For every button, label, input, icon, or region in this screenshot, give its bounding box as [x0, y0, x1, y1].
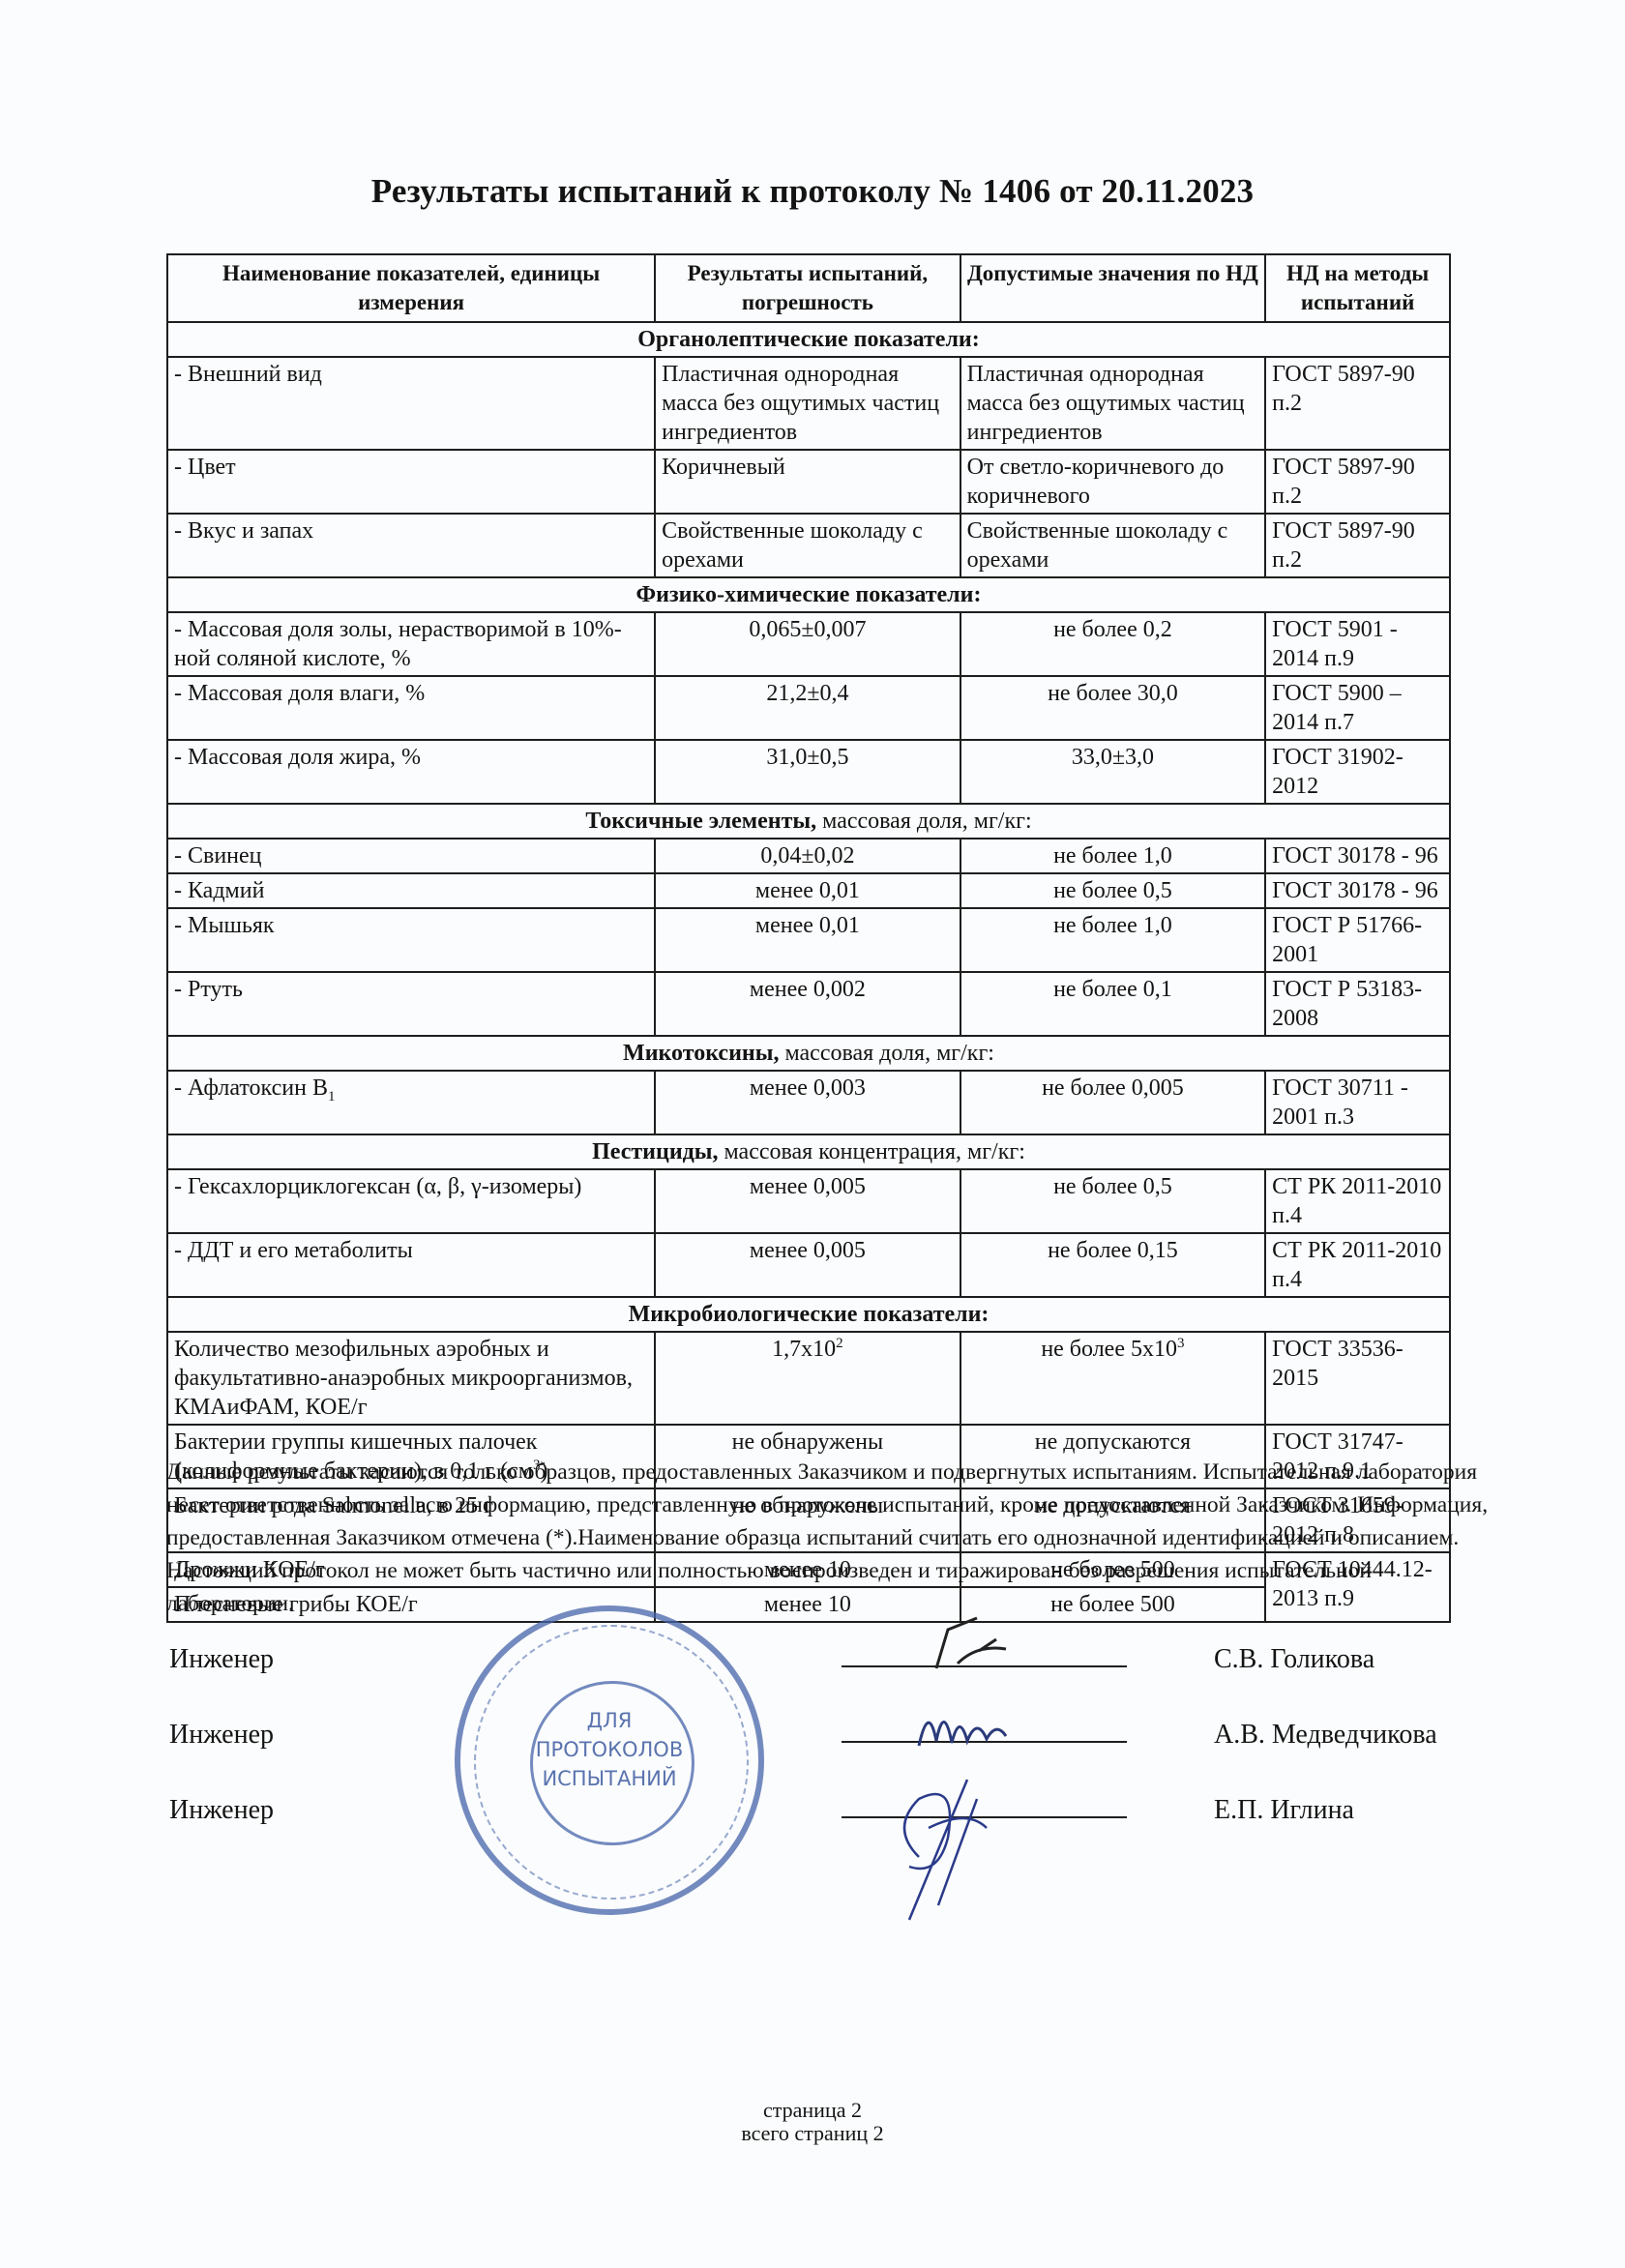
page-number: страница 2 — [0, 2099, 1625, 2122]
norm-cell: не более 0,1 — [960, 972, 1266, 1036]
lab-seal-stamp: ДЛЯ ПРОТОКОЛОВ ИСПЫТАНИЙ — [455, 1605, 764, 1915]
table-header-row: Наименование показателей, единицы измере… — [167, 254, 1450, 322]
indicator-cell: - Массовая доля влаги, % — [167, 676, 655, 740]
result-cell: Свойственные шоколаду с орехами — [655, 514, 960, 577]
indicator-cell: - Внешний вид — [167, 357, 655, 450]
norm-cell: 33,0±3,0 — [960, 740, 1266, 804]
signature-iglina-icon — [851, 1741, 1016, 1925]
document-title: Результаты испытаний к протоколу № 1406 … — [0, 172, 1625, 211]
signer-role: Инженер — [169, 1644, 363, 1675]
table-row: - Массовая доля золы, нерастворимой в 10… — [167, 612, 1450, 676]
section-title: Микотоксины, массовая доля, мг/кг: — [167, 1036, 1450, 1071]
signature-golikova-icon — [919, 1610, 1025, 1678]
table-row: - Внешний видПластичная однородная масса… — [167, 357, 1450, 450]
header-norm: Допустимые значения по НД — [960, 254, 1266, 322]
result-cell: менее 0,002 — [655, 972, 960, 1036]
table-row: - Афлатоксин B1менее 0,003не более 0,005… — [167, 1071, 1450, 1134]
indicator-cell: - ДДТ и его метаболиты — [167, 1233, 655, 1297]
section-header-row: Физико-химические показатели: — [167, 577, 1450, 612]
norm-cell: не более 1,0 — [960, 839, 1266, 873]
method-cell: ГОСТ 5901 - 2014 п.9 — [1265, 612, 1450, 676]
signer-role: Инженер — [169, 1720, 363, 1751]
result-cell: менее 0,01 — [655, 908, 960, 972]
section-header-row: Микробиологические показатели: — [167, 1297, 1450, 1332]
norm-cell: не более 0,005 — [960, 1071, 1266, 1134]
stamp-center-text: ДЛЯ ПРОТОКОЛОВ ИСПЫТАНИЙ — [460, 1706, 758, 1793]
norm-cell: не более 30,0 — [960, 676, 1266, 740]
results-table: Наименование показателей, единицы измере… — [166, 253, 1451, 1623]
signer-role: Инженер — [169, 1795, 363, 1826]
table-row: - Мышьякменее 0,01не более 1,0ГОСТ Р 517… — [167, 908, 1450, 972]
table-row: - Гексахлорциклогексан (α, β, γ-изомеры)… — [167, 1169, 1450, 1233]
result-cell: Коричневый — [655, 450, 960, 514]
result-cell: менее 0,01 — [655, 873, 960, 908]
page-footer: страница 2 всего страниц 2 — [0, 2099, 1625, 2145]
section-title: Физико-химические показатели: — [167, 577, 1450, 612]
indicator-cell: - Ртуть — [167, 972, 655, 1036]
indicator-cell: - Цвет — [167, 450, 655, 514]
table-row: - Ртутьменее 0,002не более 0,1ГОСТ Р 531… — [167, 972, 1450, 1036]
indicator-cell: Количество мезофильных аэробных и факуль… — [167, 1332, 655, 1425]
method-cell: ГОСТ 31902-2012 — [1265, 740, 1450, 804]
signer-name: С.В. Голикова — [1214, 1644, 1374, 1675]
indicator-cell: - Массовая доля золы, нерастворимой в 10… — [167, 612, 655, 676]
indicator-cell: - Свинец — [167, 839, 655, 873]
norm-cell: не более 0,2 — [960, 612, 1266, 676]
norm-cell: Пластичная однородная масса без ощутимых… — [960, 357, 1266, 450]
result-cell: менее 0,005 — [655, 1233, 960, 1297]
method-cell: ГОСТ 5897-90 п.2 — [1265, 450, 1450, 514]
method-cell: ГОСТ 33536-2015 — [1265, 1332, 1450, 1425]
table-row: - Свинец0,04±0,02не более 1,0ГОСТ 30178 … — [167, 839, 1450, 873]
table-body: Органолептические показатели:- Внешний в… — [167, 322, 1450, 1622]
page-total: всего страниц 2 — [0, 2122, 1625, 2145]
result-cell: менее 0,003 — [655, 1071, 960, 1134]
header-method: НД на методы испытаний — [1265, 254, 1450, 322]
norm-cell: не более 0,5 — [960, 1169, 1266, 1233]
table-row: - Массовая доля жира, %31,0±0,533,0±3,0Г… — [167, 740, 1450, 804]
method-cell: ГОСТ 30178 - 96 — [1265, 839, 1450, 873]
method-cell: ГОСТ Р 53183-2008 — [1265, 972, 1450, 1036]
table-row: Количество мезофильных аэробных и факуль… — [167, 1332, 1450, 1425]
norm-cell: не более 5x103 — [960, 1332, 1266, 1425]
section-title: Токсичные элементы, массовая доля, мг/кг… — [167, 804, 1450, 839]
section-title: Органолептические показатели: — [167, 322, 1450, 357]
signer-name: А.В. Медведчикова — [1214, 1720, 1437, 1751]
section-title: Пестициды, массовая концентрация, мг/кг: — [167, 1134, 1450, 1169]
disclaimer-note: Данные результаты касаются только образц… — [166, 1456, 1492, 1620]
result-cell: менее 0,005 — [655, 1169, 960, 1233]
section-header-row: Органолептические показатели: — [167, 322, 1450, 357]
table-row: - ДДТ и его метаболитыменее 0,005не боле… — [167, 1233, 1450, 1297]
norm-cell: не более 0,15 — [960, 1233, 1266, 1297]
method-cell: СТ РК 2011-2010 п.4 — [1265, 1169, 1450, 1233]
section-header-row: Токсичные элементы, массовая доля, мг/кг… — [167, 804, 1450, 839]
method-cell: СТ РК 2011-2010 п.4 — [1265, 1233, 1450, 1297]
result-cell: 0,04±0,02 — [655, 839, 960, 873]
norm-cell: От светло-коричневого до коричневого — [960, 450, 1266, 514]
method-cell: ГОСТ 5897-90 п.2 — [1265, 514, 1450, 577]
result-cell: 1,7x102 — [655, 1332, 960, 1425]
indicator-cell: - Кадмий — [167, 873, 655, 908]
indicator-cell: - Вкус и запах — [167, 514, 655, 577]
indicator-cell: - Мышьяк — [167, 908, 655, 972]
indicator-cell: - Массовая доля жира, % — [167, 740, 655, 804]
signer-name: Е.П. Иглина — [1214, 1795, 1354, 1826]
norm-cell: не более 1,0 — [960, 908, 1266, 972]
method-cell: ГОСТ 5897-90 п.2 — [1265, 357, 1450, 450]
section-header-row: Микотоксины, массовая доля, мг/кг: — [167, 1036, 1450, 1071]
section-header-row: Пестициды, массовая концентрация, мг/кг: — [167, 1134, 1450, 1169]
table-row: - Массовая доля влаги, %21,2±0,4не более… — [167, 676, 1450, 740]
norm-cell: не более 0,5 — [960, 873, 1266, 908]
method-cell: ГОСТ 5900 – 2014 п.7 — [1265, 676, 1450, 740]
method-cell: ГОСТ 30178 - 96 — [1265, 873, 1450, 908]
result-cell: 21,2±0,4 — [655, 676, 960, 740]
header-indicator: Наименование показателей, единицы измере… — [167, 254, 655, 322]
indicator-cell: - Афлатоксин B1 — [167, 1071, 655, 1134]
result-cell: 31,0±0,5 — [655, 740, 960, 804]
indicator-cell: - Гексахлорциклогексан (α, β, γ-изомеры) — [167, 1169, 655, 1233]
header-result: Результаты испытаний, погрешность — [655, 254, 960, 322]
method-cell: ГОСТ 30711 - 2001 п.3 — [1265, 1071, 1450, 1134]
section-title: Микробиологические показатели: — [167, 1297, 1450, 1332]
table-row: - ЦветКоричневыйОт светло-коричневого до… — [167, 450, 1450, 514]
table-row: - Вкус и запахСвойственные шоколаду с ор… — [167, 514, 1450, 577]
result-cell: Пластичная однородная масса без ощутимых… — [655, 357, 960, 450]
method-cell: ГОСТ Р 51766-2001 — [1265, 908, 1450, 972]
table-row: - Кадмийменее 0,01не более 0,5ГОСТ 30178… — [167, 873, 1450, 908]
result-cell: 0,065±0,007 — [655, 612, 960, 676]
norm-cell: Свойственные шоколаду с орехами — [960, 514, 1266, 577]
